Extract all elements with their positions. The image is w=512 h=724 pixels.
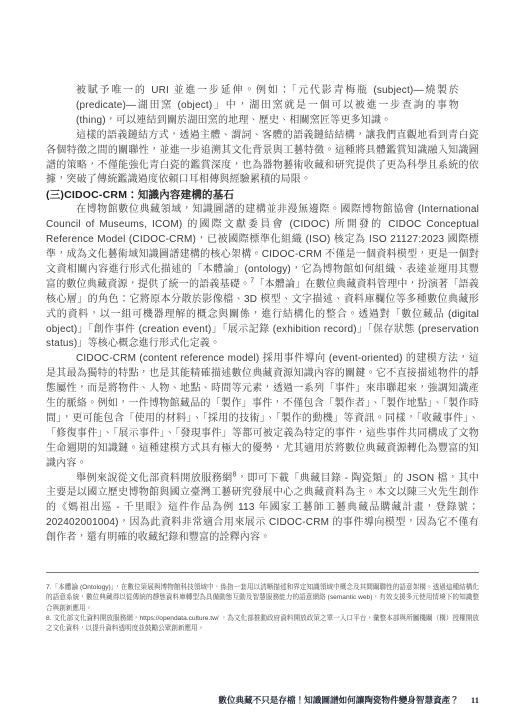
paragraph-cidoc-crm-intro: 在博物館數位典藏領域，知識圖譜的建構並非漫無邊際。國際博物館協會 (Intern… bbox=[46, 203, 479, 352]
running-title: 數位典藏不只是存檔！知識圖譜如何讓陶瓷物件變身智慧資產？ bbox=[218, 695, 459, 705]
paragraph-semantic-linking: 這樣的語義鏈結方式，透過主體、謂詞、客體的語義鏈結結構，讓我們直觀地看到青白瓷各… bbox=[46, 129, 479, 189]
document-page: 被賦予唯一的 URI 並進一步延伸。例如：「元代影青梅瓶 (subject)—燒… bbox=[0, 0, 512, 724]
indented-example-paragraph: 被賦予唯一的 URI 並進一步延伸。例如：「元代影青梅瓶 (subject)—燒… bbox=[46, 84, 479, 129]
footnote-7: 7.「本體論 (Ontology)」，在數位策展與博物館科技領域中，係指一套用以… bbox=[46, 583, 479, 614]
footnote-8: 8. 文化部文化資料開放服務網，https://opendata.culture… bbox=[46, 614, 479, 635]
footnote-url-link[interactable]: https://opendata.culture.tw/ bbox=[140, 615, 219, 622]
paragraph-text: 舉例來說從文化部資料開放服務網 bbox=[76, 473, 233, 484]
paragraph-open-data-example: 舉例來說從文化部資料開放服務網8，即可下載「典藏目錄 - 陶瓷類」的 JSON … bbox=[46, 472, 479, 547]
section-heading-cidoc-crm: (三)CIDOC-CRM：知識內容建構的基石 bbox=[46, 188, 479, 203]
paragraph-text: 在博物館數位典藏領域，知識圖譜的建構並非漫無邊際。國際博物館協會 (Intern… bbox=[46, 204, 479, 290]
footnote-text: 8. 文化部文化資料開放服務網， bbox=[46, 615, 140, 622]
article-body: 被賦予唯一的 URI 並進一步延伸。例如：「元代影青梅瓶 (subject)—燒… bbox=[46, 84, 479, 546]
page-footer: 數位典藏不只是存檔！知識圖譜如何讓陶瓷物件變身智慧資產？11 bbox=[0, 694, 479, 706]
footnotes-block: 7.「本體論 (Ontology)」，在數位策展與博物館科技領域中，係指一套用以… bbox=[46, 583, 479, 634]
footnote-separator-rule bbox=[46, 572, 479, 573]
paragraph-event-oriented-model: CIDOC-CRM (content reference model) 採用事件… bbox=[46, 352, 479, 471]
page-number: 11 bbox=[471, 695, 479, 705]
